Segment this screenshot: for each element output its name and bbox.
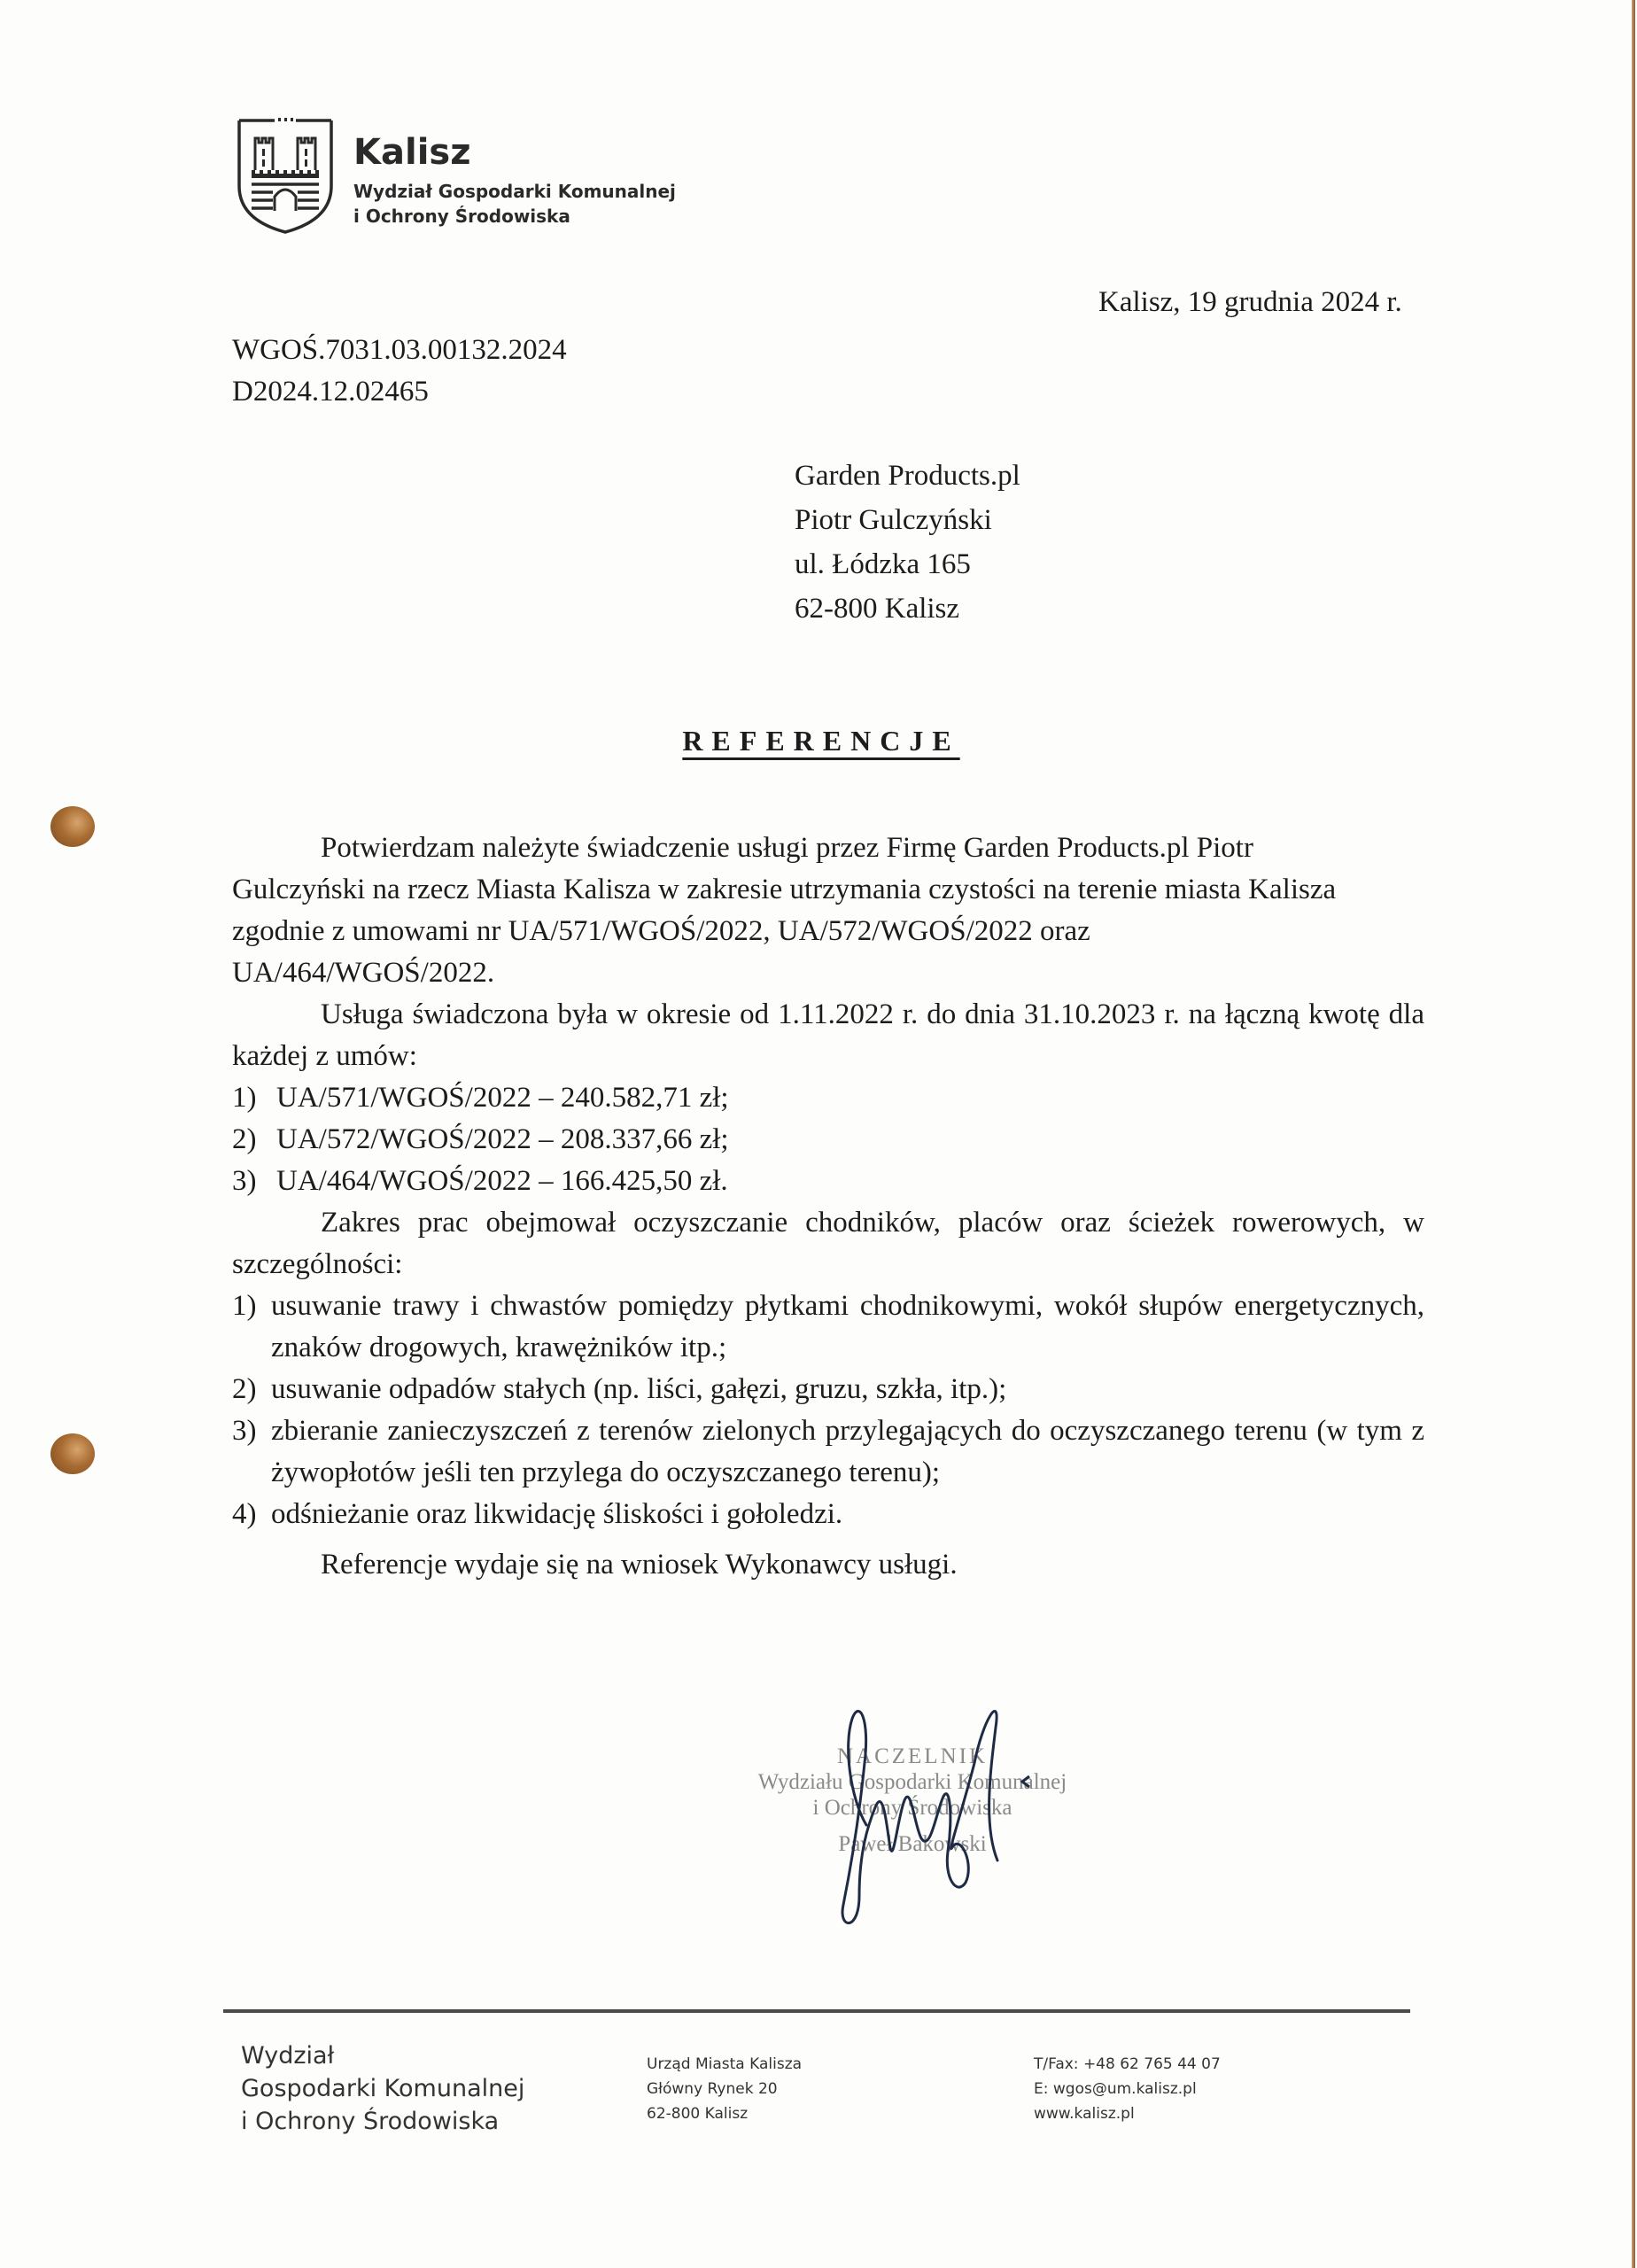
punch-hole-top [50,806,95,847]
contract-text: UA/571/WGOŚ/2022 – 240.582,71 zł; [276,1077,729,1119]
letter-date: Kalisz, 19 grudnia 2024 r. [1098,282,1402,323]
letter-body: Potwierdzam należyte świadczenie usługi … [232,827,1424,1586]
scope-number: 2) [232,1369,271,1410]
scope-number: 3) [232,1410,271,1494]
contract-item: 1) UA/571/WGOŚ/2022 – 240.582,71 zł; [232,1077,1424,1119]
department-line-2: i Ochrony Środowiska [353,204,676,229]
contract-number: 2) [232,1119,276,1161]
scope-number: 4) [232,1494,271,1535]
scope-text: usuwanie trawy i chwastów pomiędzy płytk… [271,1285,1424,1369]
document-number: D2024.12.02465 [232,371,429,413]
footer-address-line: Urząd Miasta Kalisza [647,2052,802,2077]
recipient-name: Piotr Gulczyński [795,498,1020,542]
scope-text: usuwanie odpadów stałych (np. liści, gał… [271,1369,1006,1410]
footer-contact: T/Fax: +48 62 765 44 07 E: wgos@um.kalis… [1034,2052,1221,2126]
recipient-city: 62-800 Kalisz [795,586,1020,631]
recipient-company: Garden Products.pl [795,454,1020,498]
para1-line1: Potwierdzam należyte świadczenie usługi … [232,827,1424,869]
footer-phone: T/Fax: +48 62 765 44 07 [1034,2052,1221,2077]
footer-address-line: 62-800 Kalisz [647,2101,802,2126]
footer-dept-line: Gospodarki Komunalnej [241,2072,524,2105]
para1-line2: Gulczyński na rzecz Miasta Kalisza w zak… [232,869,1424,911]
contract-number: 3) [232,1161,276,1202]
contract-item: 3) UA/464/WGOŚ/2022 – 166.425,50 zł. [232,1161,1424,1202]
scope-item: 2) usuwanie odpadów stałych (np. liści, … [232,1369,1424,1410]
scope-text: zbieranie zanieczyszczeń z terenów zielo… [271,1410,1424,1494]
footer-email: E: wgos@um.kalisz.pl [1034,2077,1221,2101]
service-period-paragraph: Usługa świadczona była w okresie od 1.11… [232,994,1424,1077]
punch-hole-bottom [50,1433,95,1474]
contract-text: UA/572/WGOŚ/2022 – 208.337,66 zł; [276,1119,729,1161]
footer-dept-line: Wydział [241,2039,524,2072]
footer-divider [223,2009,1410,2013]
case-number: WGOŚ.7031.03.00132.2024 [232,330,567,371]
para1-line3: zgodnie z umowami nr UA/571/WGOŚ/2022, U… [232,911,1424,952]
handwritten-signature-icon [797,1692,1098,1931]
scope-number: 1) [232,1285,271,1369]
contract-item: 2) UA/572/WGOŚ/2022 – 208.337,66 zł; [232,1119,1424,1161]
scope-paragraph: Zakres prac obejmował oczyszczanie chodn… [232,1202,1424,1285]
contract-text: UA/464/WGOŚ/2022 – 166.425,50 zł. [276,1161,728,1202]
document-title-wrap: REFERENCJE [0,725,1637,757]
contract-number: 1) [232,1077,276,1119]
city-name: Kalisz [353,133,676,172]
scope-text: odśnieżanie oraz likwidację śliskości i … [271,1494,842,1535]
letterhead-brand: Kalisz Wydział Gospodarki Komunalnej i O… [353,133,676,229]
footer-department: Wydział Gospodarki Komunalnej i Ochrony … [241,2039,524,2138]
footer-dept-line: i Ochrony Środowiska [241,2105,524,2138]
kalisz-coat-of-arms-icon [236,115,335,236]
footer-address: Urząd Miasta Kalisza Główny Rynek 20 62-… [647,2052,802,2126]
recipient-street: ul. Łódzka 165 [795,542,1020,586]
scope-item: 3) zbieranie zanieczyszczeń z terenów zi… [232,1410,1424,1494]
footer-website: www.kalisz.pl [1034,2101,1221,2126]
scope-item: 1) usuwanie trawy i chwastów pomiędzy pł… [232,1285,1424,1369]
para1-line4: UA/464/WGOŚ/2022. [232,952,1424,994]
document-title: REFERENCJE [677,725,959,757]
department-line-1: Wydział Gospodarki Komunalnej [353,179,676,204]
closing-sentence: Referencje wydaje się na wniosek Wykonaw… [232,1544,1424,1586]
footer-address-line: Główny Rynek 20 [647,2077,802,2101]
paper-edge [1632,0,1635,2268]
recipient-address: Garden Products.pl Piotr Gulczyński ul. … [795,454,1020,631]
scope-item: 4) odśnieżanie oraz likwidację śliskości… [232,1494,1424,1535]
